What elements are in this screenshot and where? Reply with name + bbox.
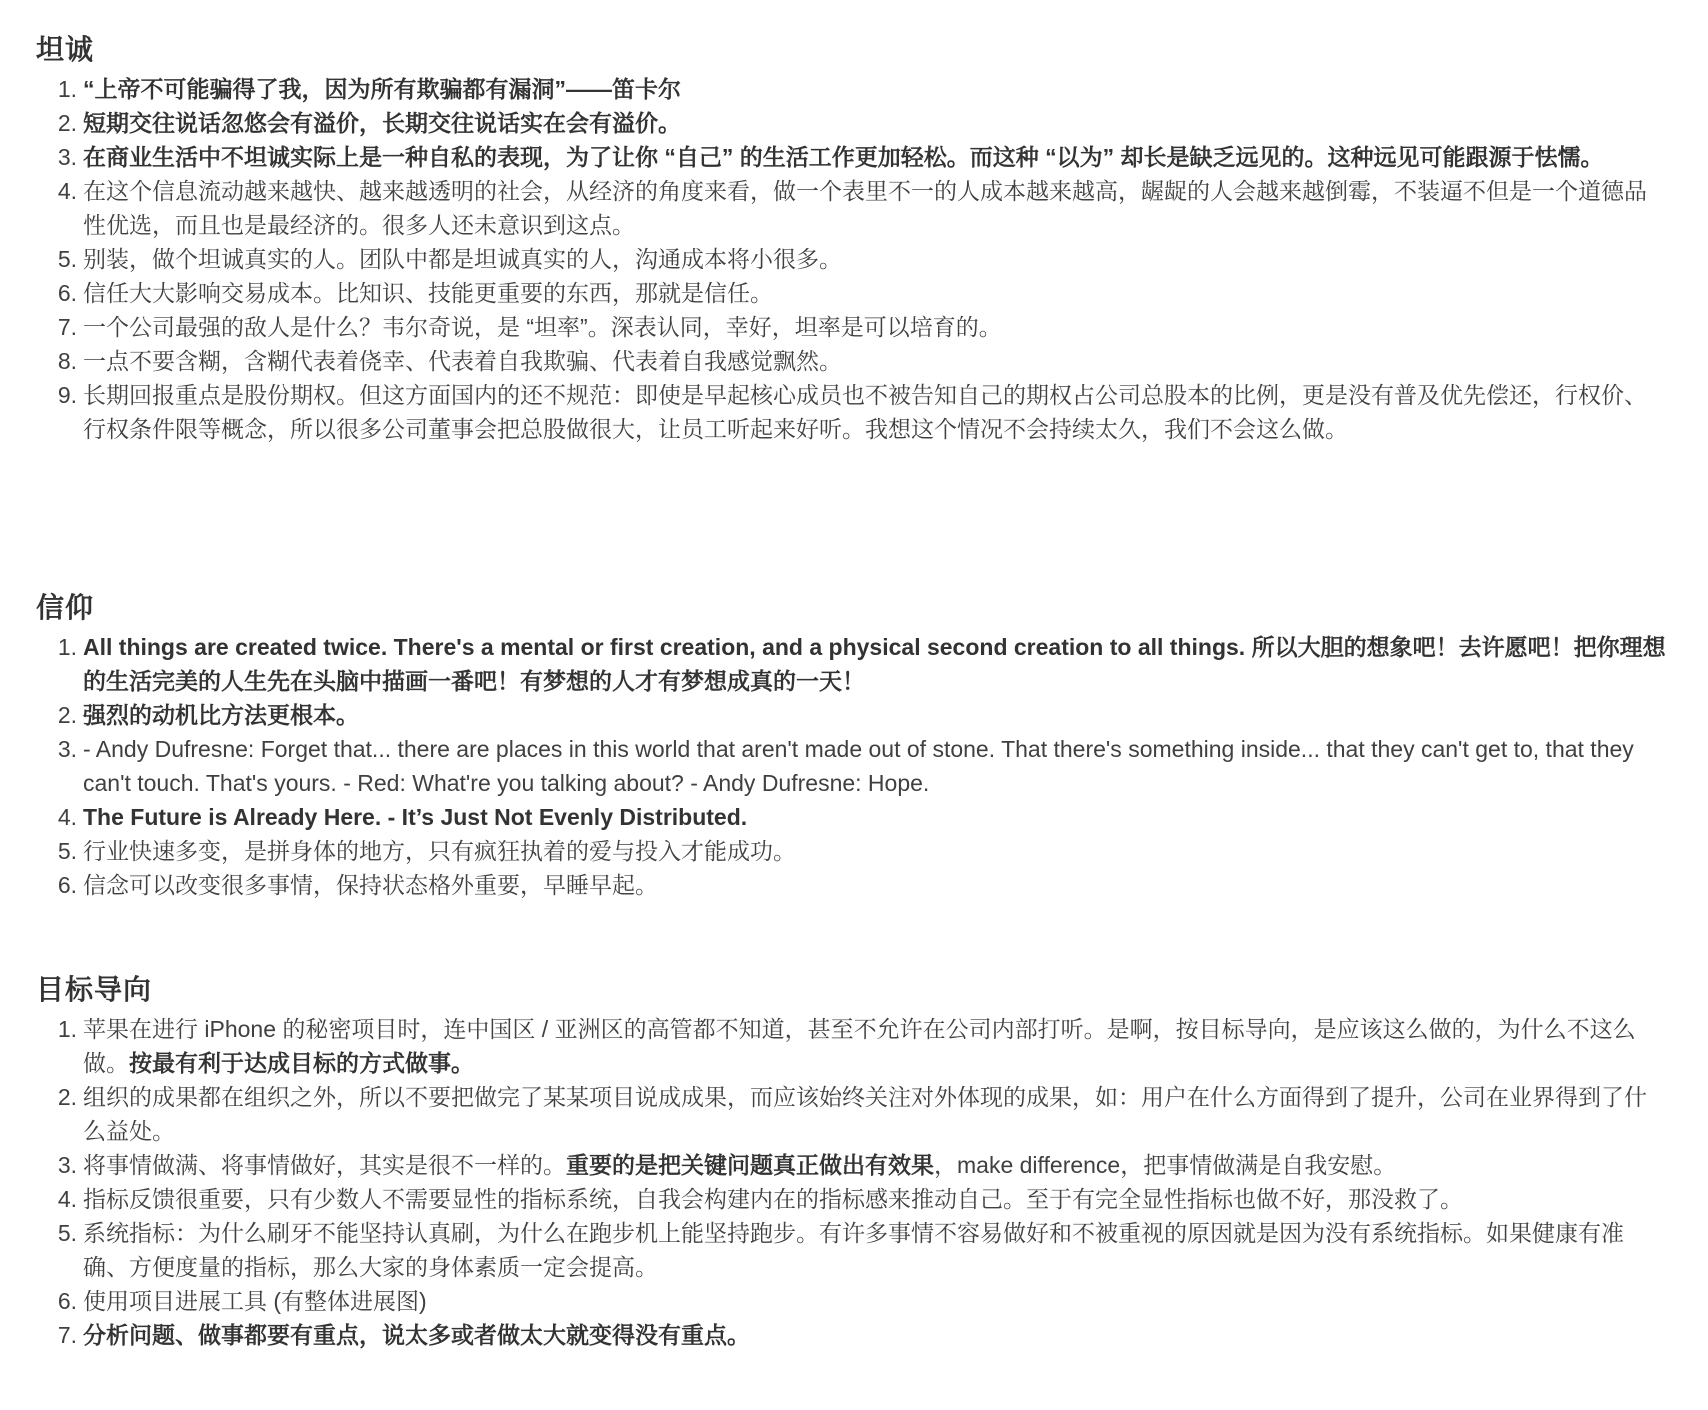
item-text: 在商业生活中不坦诚实际上是一种自私的表现，为了让你 “自己” 的生活工作更加轻松… — [83, 144, 1604, 170]
item-text: 将事情做满、将事情做好，其实是很不一样的。 — [83, 1152, 566, 1178]
list-number: 6. — [49, 868, 77, 902]
section-goal-oriented: 目标导向 1.苹果在进行 iPhone 的秘密项目时，连中国区 / 亚洲区的高管… — [36, 972, 1666, 1352]
list-number: 1. — [49, 630, 77, 664]
item-text-bold: 按最有利于达成目标的方式做事。 — [129, 1050, 474, 1076]
item-text: ，make difference，把事情做满是自我安慰。 — [934, 1152, 1396, 1178]
item-text: 长期回报重点是股份期权。但这方面国内的还不规范：即使是早起核心成员也不被告知自己… — [83, 382, 1647, 442]
list-item: 1.All things are created twice. There's … — [83, 630, 1666, 698]
list-item: 4.指标反馈很重要，只有少数人不需要显性的指标系统，自我会构建内在的指标感来推动… — [83, 1182, 1666, 1216]
list-item: 3.- Andy Dufresne: Forget that... there … — [83, 732, 1666, 800]
item-text: All things are created twice. There's a … — [83, 634, 1666, 694]
list-item: 4.The Future is Already Here. - It’s Jus… — [83, 800, 1666, 834]
item-text: 一个公司最强的敌人是什么？韦尔奇说，是 “坦率”。深表认同，幸好，坦率是可以培育… — [83, 314, 1002, 340]
list-item: 8.一点不要含糊，含糊代表着侥幸、代表着自我欺骗、代表着自我感觉飘然。 — [83, 344, 1666, 378]
list-item: 7.一个公司最强的敌人是什么？韦尔奇说，是 “坦率”。深表认同，幸好，坦率是可以… — [83, 310, 1666, 344]
numbered-list: 1.“上帝不可能骗得了我，因为所有欺骗都有漏洞”——笛卡尔 2.短期交往说话忽悠… — [36, 72, 1666, 446]
list-number: 6. — [49, 1284, 77, 1318]
section-belief: 信仰 1.All things are created twice. There… — [36, 590, 1666, 902]
list-number: 3. — [49, 732, 77, 766]
item-text: 使用项目进展工具 (有整体进展图) — [83, 1288, 427, 1314]
item-text: 强烈的动机比方法更根本。 — [83, 702, 359, 728]
list-item: 9.长期回报重点是股份期权。但这方面国内的还不规范：即使是早起核心成员也不被告知… — [83, 378, 1666, 446]
item-text: “上帝不可能骗得了我，因为所有欺骗都有漏洞”——笛卡尔 — [83, 76, 681, 102]
list-number: 2. — [49, 1080, 77, 1114]
list-item: 6.信念可以改变很多事情，保持状态格外重要，早睡早起。 — [83, 868, 1666, 902]
list-item: 5.系统指标：为什么刷牙不能坚持认真刷，为什么在跑步机上能坚持跑步。有许多事情不… — [83, 1216, 1666, 1284]
list-item: 4.在这个信息流动越来越快、越来越透明的社会，从经济的角度来看，做一个表里不一的… — [83, 174, 1666, 242]
list-number: 4. — [49, 800, 77, 834]
list-item: 5.行业快速多变，是拼身体的地方，只有疯狂执着的爱与投入才能成功。 — [83, 834, 1666, 868]
item-text: 组织的成果都在组织之外，所以不要把做完了某某项目说成成果，而应该始终关注对外体现… — [83, 1084, 1647, 1144]
list-item: 6.信任大大影响交易成本。比知识、技能更重要的东西，那就是信任。 — [83, 276, 1666, 310]
list-number: 5. — [49, 242, 77, 276]
list-item: 1.苹果在进行 iPhone 的秘密项目时，连中国区 / 亚洲区的高管都不知道，… — [83, 1012, 1666, 1080]
list-number: 9. — [49, 378, 77, 412]
list-item: 7.分析问题、做事都要有重点，说太多或者做太大就变得没有重点。 — [83, 1318, 1666, 1352]
list-number: 3. — [49, 140, 77, 174]
list-number: 2. — [49, 698, 77, 732]
list-number: 5. — [49, 834, 77, 868]
list-item: 6.使用项目进展工具 (有整体进展图) — [83, 1284, 1666, 1318]
list-number: 4. — [49, 174, 77, 208]
section-candor: 坦诚 1.“上帝不可能骗得了我，因为所有欺骗都有漏洞”——笛卡尔 2.短期交往说… — [36, 32, 1666, 446]
list-item: 2.短期交往说话忽悠会有溢价，长期交往说话实在会有溢价。 — [83, 106, 1666, 140]
numbered-list: 1.苹果在进行 iPhone 的秘密项目时，连中国区 / 亚洲区的高管都不知道，… — [36, 1012, 1666, 1352]
numbered-list: 1.All things are created twice. There's … — [36, 630, 1666, 902]
section-heading: 坦诚 — [36, 32, 1666, 68]
list-number: 1. — [49, 1012, 77, 1046]
item-text: 指标反馈很重要，只有少数人不需要显性的指标系统，自我会构建内在的指标感来推动自己… — [83, 1186, 1463, 1212]
list-item: 2.组织的成果都在组织之外，所以不要把做完了某某项目说成成果，而应该始终关注对外… — [83, 1080, 1666, 1148]
item-text: 别装，做个坦诚真实的人。团队中都是坦诚真实的人，沟通成本将小很多。 — [83, 246, 842, 272]
list-item: 1.“上帝不可能骗得了我，因为所有欺骗都有漏洞”——笛卡尔 — [83, 72, 1666, 106]
item-text: 信任大大影响交易成本。比知识、技能更重要的东西，那就是信任。 — [83, 280, 773, 306]
item-text: 一点不要含糊，含糊代表着侥幸、代表着自我欺骗、代表着自我感觉飘然。 — [83, 348, 842, 374]
list-number: 3. — [49, 1148, 77, 1182]
item-text: 分析问题、做事都要有重点，说太多或者做太大就变得没有重点。 — [83, 1322, 750, 1348]
list-item: 5.别装，做个坦诚真实的人。团队中都是坦诚真实的人，沟通成本将小很多。 — [83, 242, 1666, 276]
list-item: 2.强烈的动机比方法更根本。 — [83, 698, 1666, 732]
list-number: 6. — [49, 276, 77, 310]
list-number: 4. — [49, 1182, 77, 1216]
list-number: 7. — [49, 310, 77, 344]
list-number: 8. — [49, 344, 77, 378]
list-item: 3.在商业生活中不坦诚实际上是一种自私的表现，为了让你 “自己” 的生活工作更加… — [83, 140, 1666, 174]
item-text: 短期交往说话忽悠会有溢价，长期交往说话实在会有溢价。 — [83, 110, 681, 136]
list-number: 5. — [49, 1216, 77, 1250]
item-text: 信念可以改变很多事情，保持状态格外重要，早睡早起。 — [83, 872, 658, 898]
item-text-bold: 重要的是把关键问题真正做出有效果 — [566, 1152, 934, 1178]
item-text: 行业快速多变，是拼身体的地方，只有疯狂执着的爱与投入才能成功。 — [83, 838, 796, 864]
item-text: The Future is Already Here. - It’s Just … — [83, 804, 747, 830]
section-heading: 目标导向 — [36, 972, 1666, 1008]
item-text: - Andy Dufresne: Forget that... there ar… — [83, 736, 1634, 796]
list-number: 2. — [49, 106, 77, 140]
section-heading: 信仰 — [36, 590, 1666, 626]
item-text: 在这个信息流动越来越快、越来越透明的社会，从经济的角度来看，做一个表里不一的人成… — [83, 178, 1647, 238]
list-item: 3.将事情做满、将事情做好，其实是很不一样的。重要的是把关键问题真正做出有效果，… — [83, 1148, 1666, 1182]
item-text: 系统指标：为什么刷牙不能坚持认真刷，为什么在跑步机上能坚持跑步。有许多事情不容易… — [83, 1220, 1624, 1280]
list-number: 1. — [49, 72, 77, 106]
list-number: 7. — [49, 1318, 77, 1352]
